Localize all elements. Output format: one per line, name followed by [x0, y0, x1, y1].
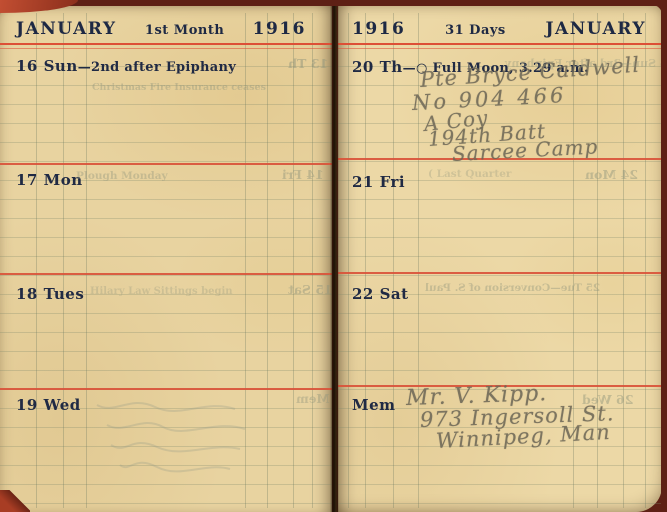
diary-book: JANUARY 1st Month 1916 16 Sun—2nd after …	[0, 0, 667, 512]
bleedthrough-text: 24 Mon	[585, 167, 638, 182]
section-rule	[0, 388, 332, 390]
entry-note: —2nd after Epiphany	[78, 60, 236, 75]
diary-entry-18-tues: 18 Tues	[16, 284, 84, 303]
column-rule	[63, 13, 64, 508]
column-rule	[86, 13, 87, 508]
section-rule	[0, 163, 332, 165]
diary-entry-19-wed: 19 Wed	[16, 395, 81, 414]
bleedthrough-text: 13 Th	[288, 56, 328, 71]
column-rule	[312, 13, 313, 508]
bleedthrough-text: Mem	[296, 392, 330, 406]
bleedthrough-handwriting	[85, 397, 295, 489]
entry-day: Mem	[352, 396, 396, 414]
column-rule	[348, 13, 349, 508]
bleedthrough-text: 15 Sat	[288, 282, 333, 297]
entry-day: 20 Th	[352, 58, 403, 76]
bleedthrough-text: Hilary Law Sittings begin	[90, 286, 233, 297]
diary-entry-22-sat: 22 Sat	[352, 284, 409, 303]
month-subtitle: 1st Month	[117, 23, 253, 38]
entry-day: 17 Mon	[16, 171, 83, 189]
ruled-lines	[0, 48, 332, 512]
column-rule	[645, 13, 646, 508]
header-rule	[0, 43, 332, 49]
page-header-left: JANUARY 1st Month 1916	[0, 19, 332, 39]
section-rule	[0, 273, 332, 275]
column-rule	[418, 13, 419, 508]
cover-corner-bottom-left	[0, 490, 30, 512]
book-gutter	[330, 0, 339, 512]
column-rule	[393, 13, 394, 508]
entry-day: 16 Sun	[16, 57, 78, 75]
header-rule	[338, 43, 662, 49]
bleedthrough-text: Plough Monday	[76, 170, 168, 182]
diary-entry-17-mon: 17 Mon	[16, 170, 83, 189]
cover-edge-right	[661, 0, 667, 512]
entry-day: 18 Tues	[16, 285, 84, 303]
column-rule	[623, 13, 624, 508]
month-subtitle: 31 Days	[405, 23, 545, 38]
bleedthrough-text: 14 Fri	[282, 167, 324, 182]
month-title: JANUARY	[16, 19, 117, 39]
column-rule	[245, 13, 246, 508]
bleedthrough-text: ( Last Quarter	[428, 168, 511, 180]
month-title: JANUARY	[545, 19, 646, 39]
column-rule	[293, 13, 294, 508]
column-rule	[36, 13, 37, 508]
page-header-right: 1916 31 Days JANUARY	[338, 19, 662, 39]
diary-page-right: 1916 31 Days JANUARY 20 Th—○ Full Moon, …	[338, 5, 662, 512]
entry-day: 21 Fri	[352, 173, 405, 191]
entry-day: 19 Wed	[16, 396, 81, 414]
diary-page-left: JANUARY 1st Month 1916 16 Sun—2nd after …	[0, 5, 332, 512]
diary-entry-mem: Mem	[352, 395, 396, 414]
year-label: 1916	[253, 19, 306, 39]
entry-day: 22 Sat	[352, 285, 409, 303]
bleedthrough-text: 25 Tue—Conversion of S. Paul	[425, 282, 600, 294]
diary-entry-21-fri: 21 Fri	[352, 172, 405, 191]
bleedthrough-text: Christmas Fire Insurance ceases	[92, 82, 266, 93]
column-rule	[365, 13, 366, 508]
section-rule	[338, 272, 662, 274]
diary-entry-16-sun: 16 Sun—2nd after Epiphany	[16, 56, 236, 75]
column-rule	[267, 13, 268, 508]
cover-edge-top	[0, 0, 667, 6]
year-label: 1916	[352, 19, 405, 39]
